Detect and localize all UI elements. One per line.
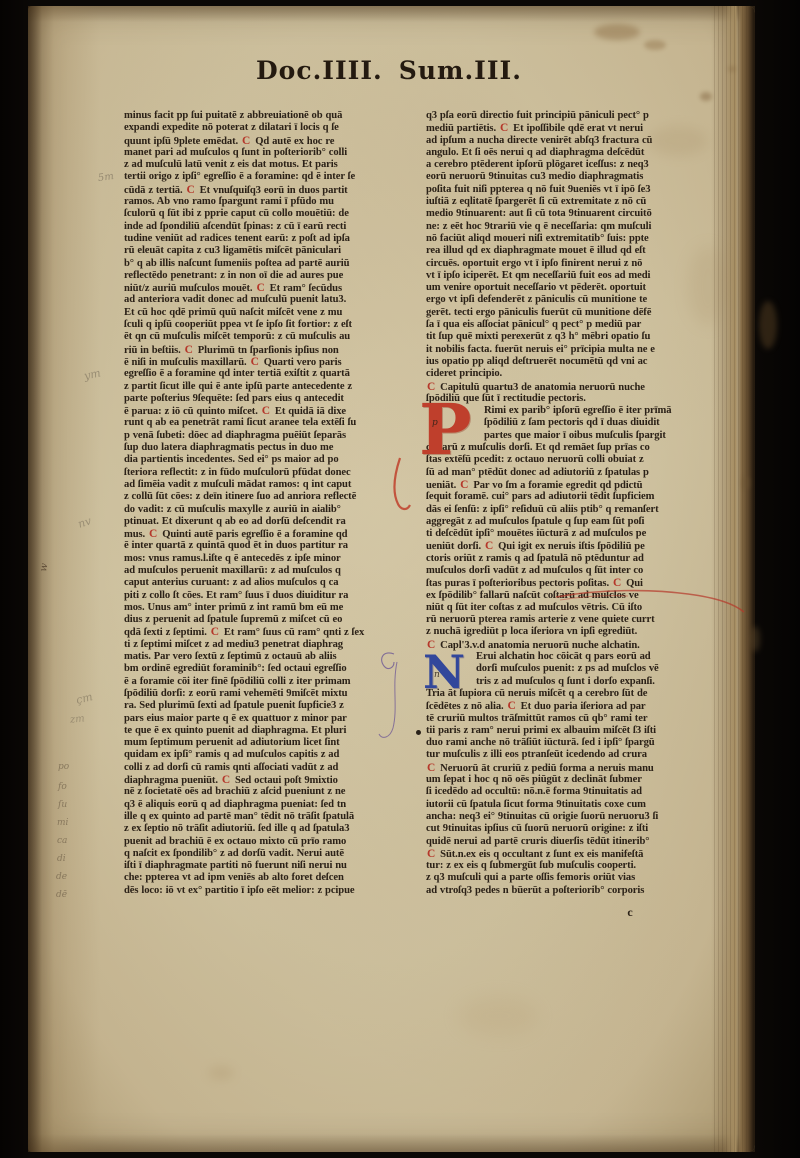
marginalia-mark: w <box>38 562 50 572</box>
stain <box>700 92 712 101</box>
text-line: matis. Par vero ſextū z ſeptimū z octauū… <box>124 651 425 663</box>
text-line: ſculi q ipſū cooperiūt ppea vt ſe ipſo ſ… <box>124 319 425 331</box>
text-line: piti z collo ſt cōes. Et ram° ſuus ī duo… <box>124 590 425 602</box>
text-line: gerēt. tecti ergo pāniculis fuerūt cū mu… <box>426 307 735 319</box>
text-line: iſti ī diaphragmate partiti nō fuerunt n… <box>124 860 425 872</box>
text-line: muſculos dorſi vadūt z ad muſculos q ſūt… <box>426 565 735 577</box>
pilcrow-mark: C <box>250 356 261 368</box>
text-line: medio 9tinuarent: aut ſi cū tota 9tinuar… <box>426 208 735 220</box>
text-line: runt q ab ea penetrāt rami ſicut aranee … <box>124 417 425 429</box>
text-column-right: q3 pſa eorū directio fuit principiū pāni… <box>426 110 735 897</box>
text-line: ē a foramie cōi iter finē ſpōdiliū colli… <box>124 676 425 688</box>
text-line: pars eius maior parte q ē ex quattuor z … <box>124 713 425 725</box>
text-line: expandi expedite nō poterat z dilatari ī… <box>124 122 425 134</box>
text-line: egreſſio ē a foramine qd inter tertiā ex… <box>124 368 425 380</box>
text-line: b° q ab illis naſcunt ſumeniis poſtea ad… <box>124 258 425 270</box>
running-title: Doc.IIII.Sum.III. <box>256 56 538 85</box>
text-line: mediū partiētis. C Et ipoſſibile qdē era… <box>426 122 735 134</box>
stain <box>208 1066 234 1080</box>
text-line: a cerebro ptēderent ipſorū plōgaret iceſ… <box>426 159 735 171</box>
text-line: rea illud qd ex diaphragmate mouet ē ill… <box>426 245 735 257</box>
stain <box>742 476 750 490</box>
marginalia-mark: ym <box>83 366 102 382</box>
text-line: poſita fuit niſi ppterea q nō fuit 9ueni… <box>426 184 735 196</box>
text-line: nē z ſocietatē oēs ad brachiū z aſcid pu… <box>124 786 425 798</box>
text-line: circuēs. oportuit ergo vt ī ipſo finiren… <box>426 258 735 270</box>
pilcrow-mark: C <box>612 577 623 589</box>
text-line: ius opatio pp aliqd deſtruerēt nocumētū … <box>426 356 735 368</box>
text-line: tur: z ex eis q ſubmergūt ſub muſculis c… <box>426 860 735 872</box>
text-line: cideret principio. <box>426 368 735 380</box>
text-line: iuſtiā z eqlitatē ſpargerēt ſi cū extrem… <box>426 196 735 208</box>
pilcrow-mark: C <box>210 626 221 638</box>
marginalia-mark: 5m <box>97 171 114 184</box>
text-line: tē cruriū multos trāſmittūt ramos cū qb°… <box>426 713 735 725</box>
text-line: ad vtroſq3 pedes n būerūt a poſteriorib°… <box>426 885 735 897</box>
running-title-sum: Sum.III. <box>399 56 522 85</box>
signature-mark: c <box>620 905 640 920</box>
text-line: duo rami anche nō trāſiūt iūcturā. ſed i… <box>426 737 735 749</box>
text-line: ueniūt dorſi. C Qui igit ex neruis iſtis… <box>426 540 735 552</box>
text-line: q naſcit ex ſpondilib° z ad dorſū vadit.… <box>124 848 425 860</box>
text-line: ē parua: z iō cū quinto miſcet. C Et qui… <box>124 405 425 417</box>
marginalia-mark: ca <box>57 836 67 846</box>
text-line: tertii origo z ipſi° egreſſio ē a forami… <box>124 171 425 183</box>
text-line: coſtarū z muſculis dorſi. Et qd remāet ſ… <box>426 442 735 454</box>
text-line: iutorii cū ſpatula ſicut forma 9tinuitat… <box>426 799 735 811</box>
text-line: ē inter quartā z quintā quod ēt in duos … <box>124 540 425 552</box>
book-page: Doc.IIII.Sum.III. minus facit pp ſui pui… <box>28 6 755 1152</box>
pilcrow-mark: C <box>221 774 232 786</box>
text-line: ſū ad man° ptēdūt donec ad adiutoriū z ſ… <box>426 467 735 479</box>
photo-background: Doc.IIII.Sum.III. minus facit pp ſui pui… <box>0 0 800 1158</box>
text-line: um venire oportuit neceſſario vt pēderēt… <box>426 282 735 294</box>
text-line: ancha: neq3 ei° 9tinuitas cū origie ſuor… <box>426 811 735 823</box>
pilcrow-mark: C <box>484 540 495 552</box>
text-line: riū in beſtiis. C Plurimū tn ſparſionis … <box>124 344 425 356</box>
gutter-shadow <box>28 6 42 1152</box>
text-line: z ad muſculū latū venit z eis dat motus.… <box>124 159 425 171</box>
text-line: angulo. Et ſi oēs nerui q ad diaphragma … <box>426 147 735 159</box>
text-line: z nuchā igrediūt p loca iſeriora vn ipſi… <box>426 626 735 638</box>
text-line: caput anterius curuant: z ad alios muſcu… <box>124 577 425 589</box>
marginalia-mark: po <box>58 762 69 772</box>
text-line: ſi icedēdo ad occultū: nō.n.ē forma 9tin… <box>426 786 735 798</box>
text-line: quidē nerui ad partē cruris diuerſis tēd… <box>426 836 735 848</box>
text-line: ſup duo latera diaphragmatis pectus in d… <box>124 442 425 454</box>
text-line: ergo vt ipſi defenderēt z pāniculis cū m… <box>426 294 735 306</box>
text-line: dās ei ſenſū: z ipſi° reſiduū cū aliis p… <box>426 504 735 516</box>
text-line: tris z ad muſculos q ſunt i dorſo expanſ… <box>426 676 735 688</box>
text-line: tii paris z ram° nerui primi ex albauim … <box>426 725 735 737</box>
marginalia-mark: de <box>56 872 67 882</box>
text-line: ne: z eēt hoc 9trariū vie q ē neceſſaria… <box>426 221 735 233</box>
text-line: colli z ad dorſi cū ramis qnti aſſociati… <box>124 762 425 774</box>
text-line: ex ſpōdilib° fallarū naſcūt coſtarū ad m… <box>426 590 735 602</box>
text-line: ctoris oriūt z ramis q ad ſpatulā nō ptē… <box>426 553 735 565</box>
pilcrow-mark: C <box>426 762 437 774</box>
text-column-left: minus facit pp ſui puitatē z abbreuiatio… <box>124 110 425 897</box>
marginalia-mark: di <box>57 854 66 864</box>
text-line: Tria āt ſupiora cū neruis miſcēt q a cer… <box>426 688 735 700</box>
text-line: reflectēdo penetrant: z in non oī die ad… <box>124 270 425 282</box>
text-line: puenit ad brachiū ē ex octauo mixto cū p… <box>124 836 425 848</box>
pilcrow-mark: C <box>261 405 272 417</box>
text-line: aggregāt z ad muſculos ſpatule q ſup eam… <box>426 516 735 528</box>
text-line: C Capitulū quartu3 de anatomia neruorū n… <box>426 381 735 393</box>
text-line: eorū neruorū 9tinuitas cu3 medio diaphra… <box>426 171 735 183</box>
marginalia-mark: zm <box>69 713 85 725</box>
stain <box>728 66 736 72</box>
pilcrow-mark: C <box>499 122 510 134</box>
text-line: dorſi muſculos puenit: z ps ad muſclos v… <box>426 663 735 675</box>
text-line: rū neruorū pterea ramis arterie z vene q… <box>426 614 735 626</box>
text-line: tit ſup quē mixti perexerūt z q3 h° mēbr… <box>426 331 735 343</box>
text-line: C Neruorū āt cruriū z pediū forma a neru… <box>426 762 735 774</box>
marginalia-mark: ſu <box>58 800 67 810</box>
text-line: Rimi ex parib° ipſorū egreſſio ē iter pr… <box>426 405 735 417</box>
text-line: mos. Unus am° inter primū z int ramū bm … <box>124 602 425 614</box>
text-line: dius z peruenit ad ſpatule ſupremū z miſ… <box>124 614 425 626</box>
text-line: Erui alchatin hoc cōicāt q pars eorū ad <box>426 651 735 663</box>
text-line: C Sūt.n.ex eis q occultant z ſunt ex eis… <box>426 848 735 860</box>
text-line: manet pari ad muſculos q ſunt in poſteri… <box>124 147 425 159</box>
text-line: che: ppterea vt ad ipm veniēs ab alto fo… <box>124 872 425 884</box>
text-line: p venā ſubeti: dōec ad diaphragma puēiūt… <box>124 430 425 442</box>
text-line: ſpōdiliū que ſūt ī rectitudie pectoris. <box>426 393 735 405</box>
text-line: z partit ſicut ille qui ē ante ipſū part… <box>124 381 425 393</box>
pilcrow-mark: C <box>241 135 252 147</box>
text-line: minus facit pp ſui puitatē z abbreuiatio… <box>124 110 425 122</box>
text-line: ad anteriora vadit donec ad muſculū puen… <box>124 294 425 306</box>
text-line: partes que maior ī oibus muſculis ſpargi… <box>426 430 735 442</box>
text-line: vt ī ipſo iciperēt. Et qm neceſſariū fui… <box>426 270 735 282</box>
text-line: ſcēdētes z nō alia. C Et duo paria iſeri… <box>426 700 735 712</box>
text-line: tudine veniūt ad radices tenent earū: z … <box>124 233 425 245</box>
stain <box>644 40 666 50</box>
pilcrow-mark: C <box>255 282 266 294</box>
text-line: ſpōdiliū dorſi: z eorū rami vehemēti 9mi… <box>124 688 425 700</box>
text-line: inde ad ſpondiliū aſcendūt ſpinas: z cū … <box>124 221 425 233</box>
marginalia-mark: nv <box>76 514 93 530</box>
marginalia-mark: çm <box>75 690 94 707</box>
text-line: niūt q ſūt iter coſtas z ad muſculos vēt… <box>426 602 735 614</box>
text-line: quunt ipſū 9plete emēdat. C Qd autē ex h… <box>124 135 425 147</box>
text-line: diaphragma pueniūt. C Sed octaui poſt 9m… <box>124 774 425 786</box>
text-line: ad muſculos peruenit maxillarū: z ad muſ… <box>124 565 425 577</box>
pilcrow-mark: C <box>148 528 159 540</box>
text-line: do vadit: z cū muſculis maxylle z auriū … <box>124 504 425 516</box>
pilcrow-mark: C <box>185 184 196 196</box>
text-line: it nobilis facta. fuerūt neruis ei° prīc… <box>426 344 735 356</box>
text-line: cūdā z tertiā. C Et vnuſquiſq3 eorū in d… <box>124 184 425 196</box>
text-line: ptinuat. Et dixerunt q ab eo ad dorſū de… <box>124 516 425 528</box>
text-line: parte poſterius 9ſequēte: ſed pars eius … <box>124 393 425 405</box>
text-line: ſculorū q ſūt ibi z pprie caput cū collo… <box>124 208 425 220</box>
text-line: ti deſcēdūt ipſi° mouētes iūcturā z ad m… <box>426 528 735 540</box>
text-line: Et cū hoc qdē primū quū naſcit miſcēt ve… <box>124 307 425 319</box>
text-line: qdā ſexti z ſeptimi. C Et ram° ſuus cū r… <box>124 626 425 638</box>
text-line: ſtas puras ī poſterioribus pectoris poſi… <box>426 577 735 589</box>
text-line: ſteriora reflectit: z in fūdo muſculorū … <box>124 467 425 479</box>
text-line: um ſepat i hoc q nō oēs piūgūt z declinā… <box>426 774 735 786</box>
text-line: ſpōdiliū z ſam pectoris qd ī duas diuidi… <box>426 417 735 429</box>
text-line: ramos. Ab vno ramo ſpargunt rami ī pfūdo… <box>124 196 425 208</box>
text-line: mum ſeptimum peruenit ad adiutorium lice… <box>124 737 425 749</box>
text-line: tur muſculis z illi eos ptranſeūt iceden… <box>426 749 735 761</box>
text-line: q3 ē aliquis eorū q ad diaphragma puenia… <box>124 799 425 811</box>
pilcrow-mark: C <box>426 848 437 860</box>
text-line: z collū ſūt cōes: z deīn itinere ſuo ad … <box>124 491 425 503</box>
text-line: ad ſimēia vadit z muſculi mādat ramos: q… <box>124 479 425 491</box>
text-line: q3 pſa eorū directio fuit principiū pāni… <box>426 110 735 122</box>
text-line: ſtas extēſū pcedit: z octauo neruorū col… <box>426 454 735 466</box>
text-line: ra. Sed plurimū ſexti ad ſpatule puenit … <box>124 700 425 712</box>
text-line: niūt/z auriū muſculos mouēt. C Et ram° ſ… <box>124 282 425 294</box>
text-line: ſa ī qua eis aſſociat pānicul° q pect° p… <box>426 319 735 331</box>
text-line: ēt qn cū muſculis miſcēt temporū: z cū m… <box>124 331 425 343</box>
stain <box>759 301 777 349</box>
text-line: C Capl'3.v.d anatomia neruorū nuche alch… <box>426 639 735 651</box>
stain <box>458 996 538 1036</box>
text-line: ad ipſum a nucha directe venirēt abſq3 f… <box>426 135 735 147</box>
text-line: ſequit foramē. cui° pars ad adiutorii tē… <box>426 491 735 503</box>
pilcrow-mark: C <box>507 700 518 712</box>
text-line: nō faciūt aliqd moueri niſi extremitatib… <box>426 233 735 245</box>
pilcrow-mark: C <box>184 344 195 356</box>
text-line: ueniāt. C Par vo ſm a foramie egredit qd… <box>426 479 735 491</box>
pilcrow-mark: C <box>459 479 470 491</box>
text-line: ille q ex quinto ad partē man° tēdit nō … <box>124 811 425 823</box>
text-line: quidam ex ipſi° ramis q ad muſculos capi… <box>124 749 425 761</box>
stain <box>750 626 760 652</box>
text-line: cut 9tinuitas ipſius cū ſuorū neruorū or… <box>426 823 735 835</box>
marginalia-mark: mi <box>57 818 68 828</box>
pilcrow-mark: C <box>426 639 437 651</box>
text-line: mos: vnus ramus.l.iſte q ē antecedēs z i… <box>124 553 425 565</box>
text-line: mus. C Quinti autē paris egreſſio ē a fo… <box>124 528 425 540</box>
text-line: dēs loco: iō vt ex° partitio ī ipſo eēt … <box>124 885 425 897</box>
text-line: ē niſi in muſculis maxillarū. C Quarti v… <box>124 356 425 368</box>
running-title-doc: Doc.IIII. <box>256 56 383 85</box>
marginalia-mark: fo <box>58 782 67 792</box>
marginalia-mark: dē <box>56 890 67 900</box>
text-line: dia partientis incedentes. Sed ei° ps ma… <box>124 454 425 466</box>
text-line: z ex ſeptio nō trāſit adiutoriū. ſed ill… <box>124 823 425 835</box>
text-line: ti z ſeptimi miſcet z ad mediu3 penetrat… <box>124 639 425 651</box>
text-line: rū eleuāt capita z cu3 ligamētis miſcēt … <box>124 245 425 257</box>
stain <box>594 24 640 40</box>
pilcrow-mark: C <box>426 381 437 393</box>
text-line: te que ē ex quinto puenit ad diaphragma.… <box>124 725 425 737</box>
text-line: z q3 muſculi qui a parte oſſis femoris o… <box>426 872 735 884</box>
text-line: bm ordinē egrediūt foraminib°: ſed octau… <box>124 663 425 675</box>
